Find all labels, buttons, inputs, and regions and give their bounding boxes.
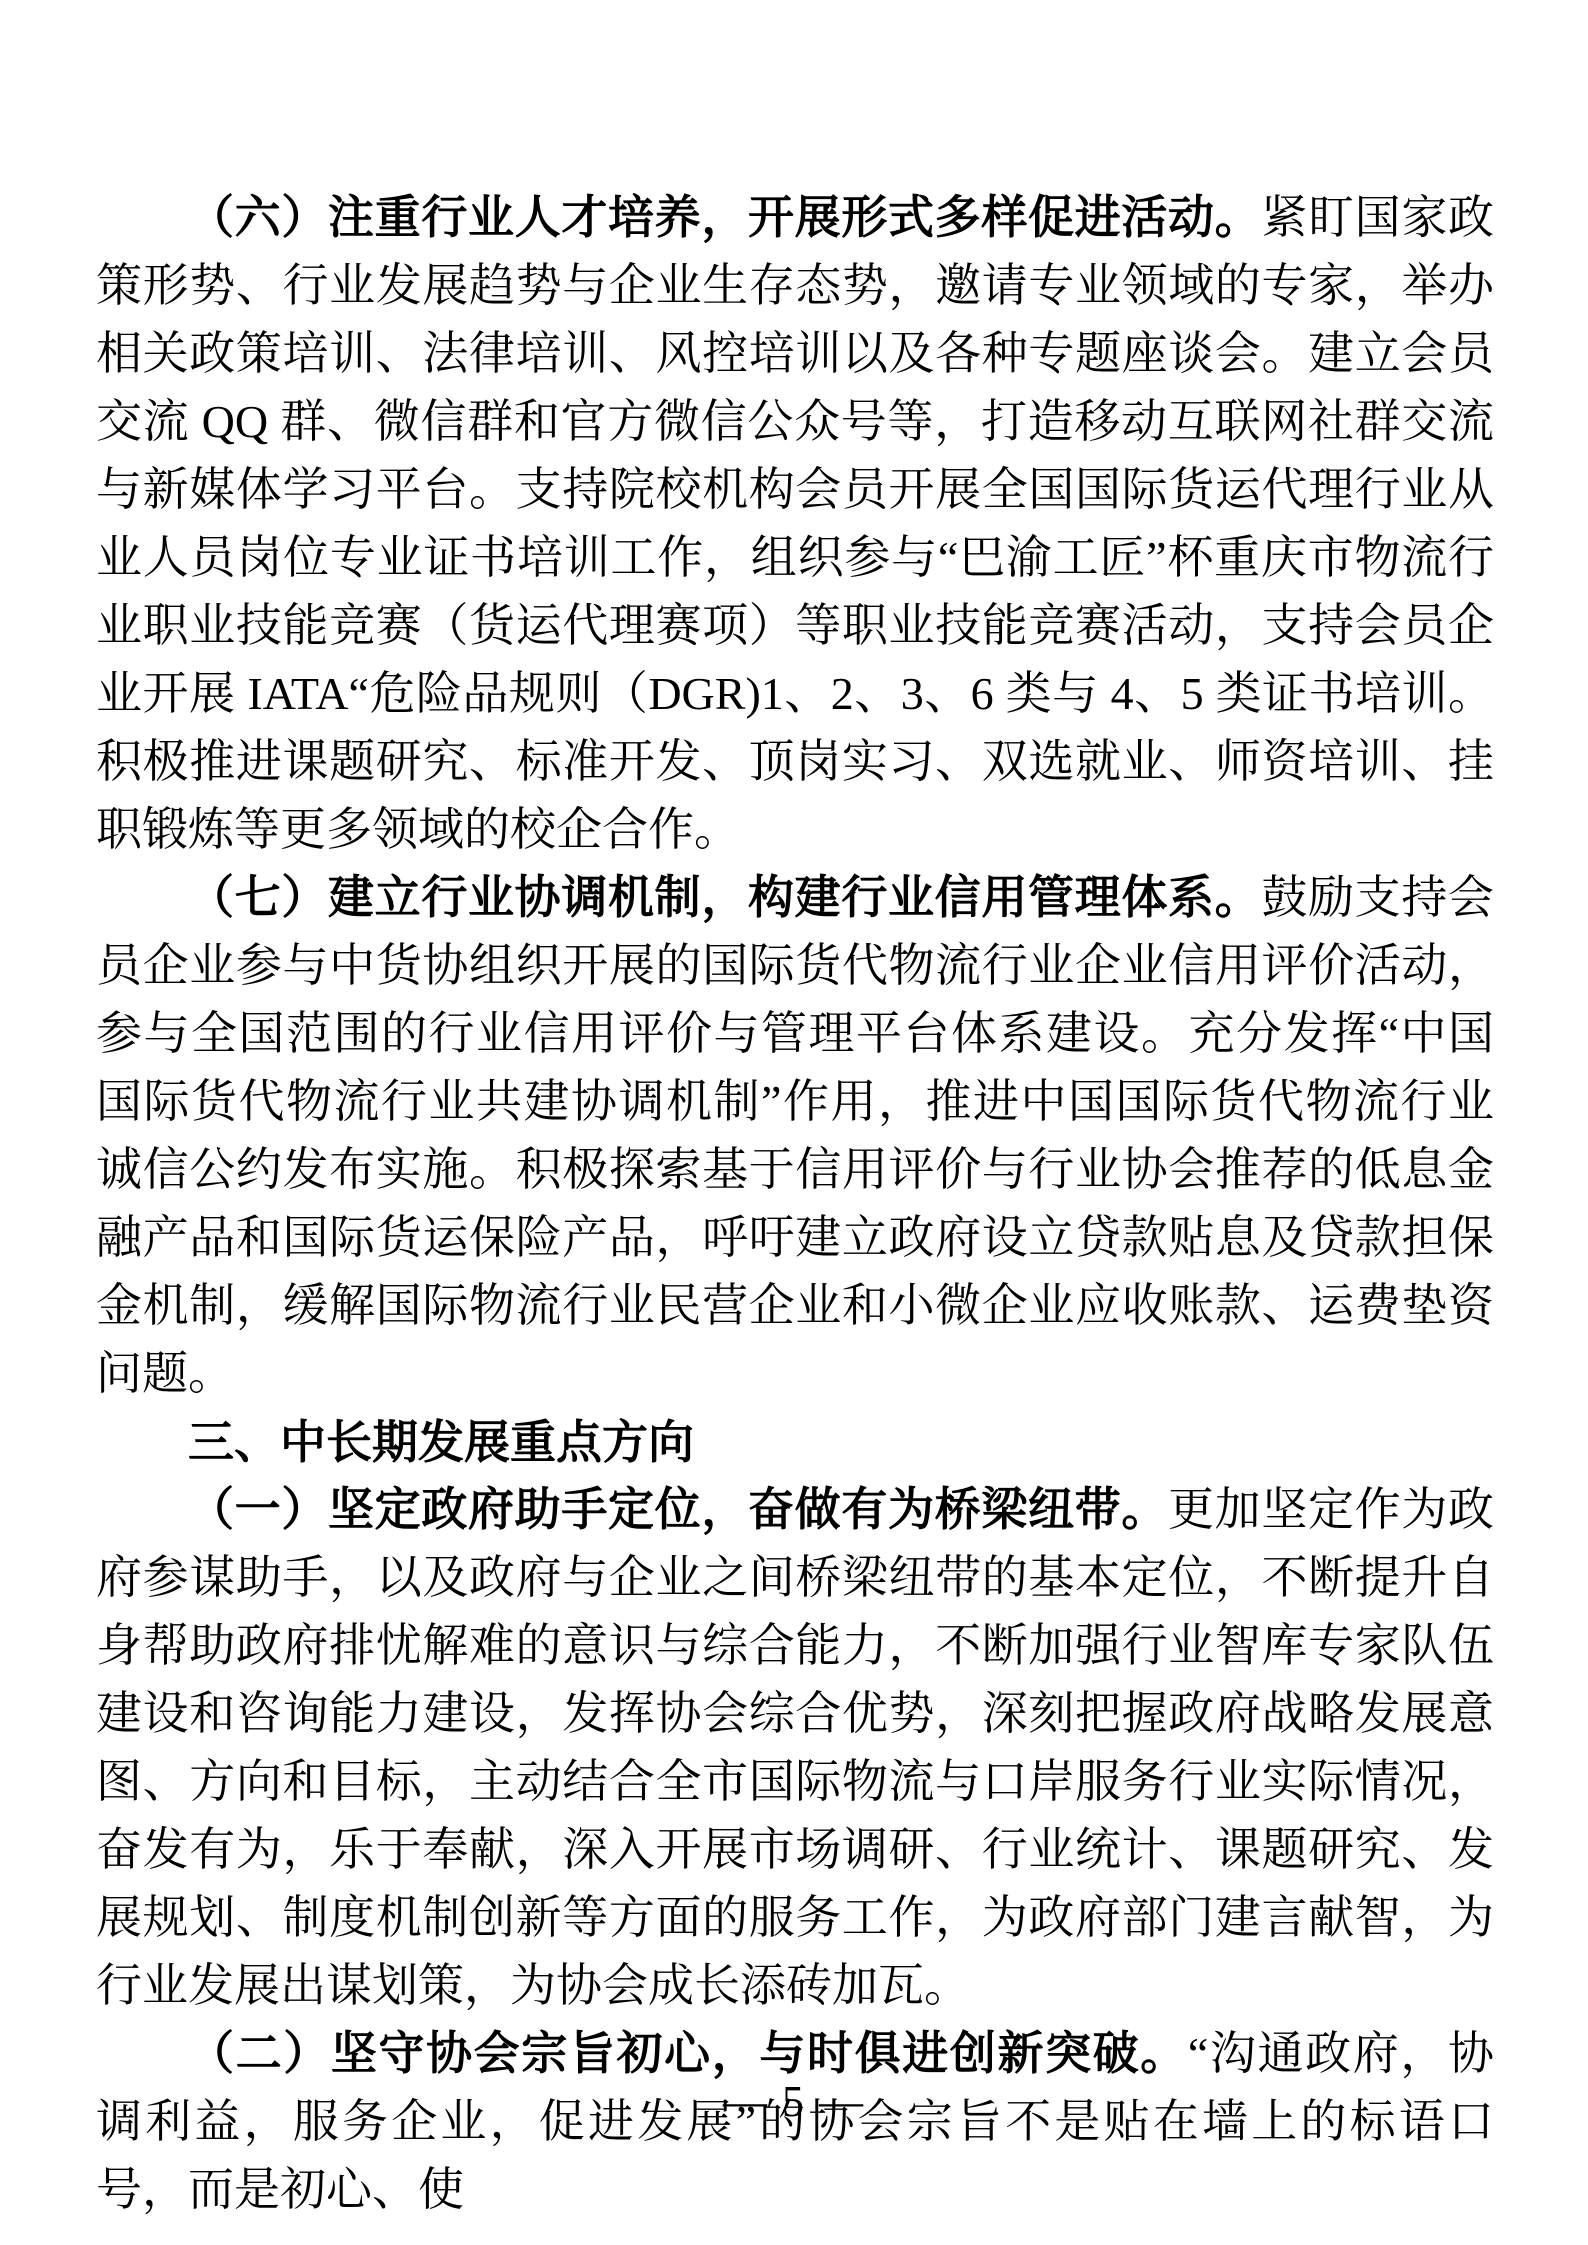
paragraph-item-6-text: 紧盯国家政策形势、行业发展趋势与企业生存态势，邀请专业领域的专家，举办相关政策培… xyxy=(96,192,1494,855)
paragraph-item-7: （七）建立行业协调机制，构建行业信用管理体系。鼓励支持会员企业参与中货协组织开展… xyxy=(96,864,1494,1408)
paragraph-item-1-text: 更加坚定作为政府参谋助手，以及政府与企业之间桥梁纽带的基本定位，不断提升自身帮助… xyxy=(96,1484,1494,2011)
paragraph-item-1-lead: （一）坚定政府助手定位，奋做有为桥梁纽带。 xyxy=(188,1484,1168,1535)
paragraph-item-6-lead: （六）注重行业人才培养，开展形式多样促进活动。 xyxy=(188,192,1261,243)
paragraph-item-7-lead: （七）建立行业协调机制，构建行业信用管理体系。 xyxy=(188,872,1261,923)
document-page: （六）注重行业人才培养，开展形式多样促进活动。紧盯国家政策形势、行业发展趋势与企… xyxy=(0,0,1588,2245)
document-body: （六）注重行业人才培养，开展形式多样促进活动。紧盯国家政策形势、行业发展趋势与企… xyxy=(96,184,1494,2224)
page-number: — 5 — xyxy=(0,2072,1588,2132)
paragraph-item-7-text: 鼓励支持会员企业参与中货协组织开展的国际货代物流行业企业信用评价活动，参与全国范… xyxy=(96,872,1494,1399)
section-heading: 三、中长期发展重点方向 xyxy=(96,1408,1494,1476)
paragraph-item-1: （一）坚定政府助手定位，奋做有为桥梁纽带。更加坚定作为政府参谋助手，以及政府与企… xyxy=(96,1476,1494,2020)
paragraph-item-6: （六）注重行业人才培养，开展形式多样促进活动。紧盯国家政策形势、行业发展趋势与企… xyxy=(96,184,1494,864)
